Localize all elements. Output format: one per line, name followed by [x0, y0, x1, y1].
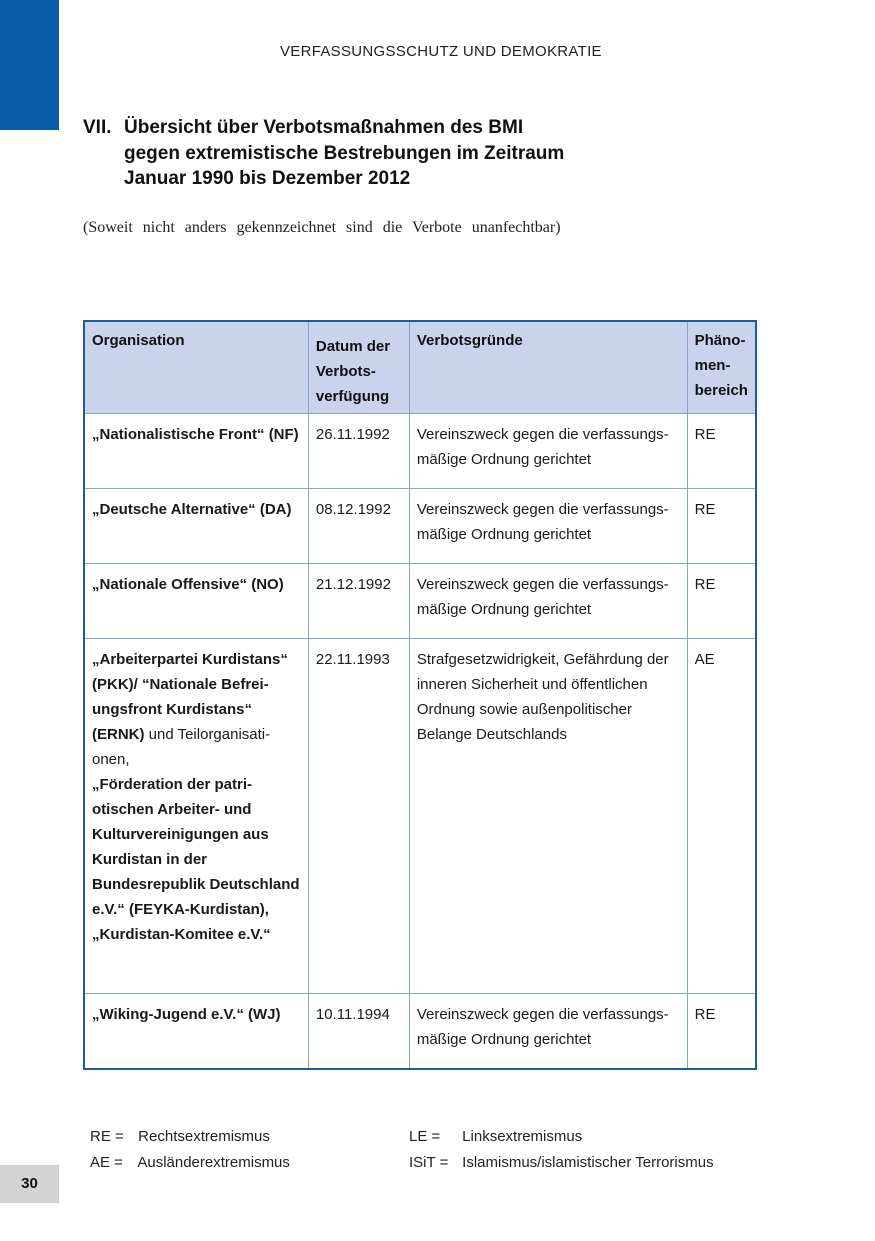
cell-organisation: „Deutsche Alternative“ (DA) [84, 489, 308, 564]
cell-area: RE [687, 994, 756, 1070]
cell-organisation: „Wiking-Jugend e.V.“ (WJ) [84, 994, 308, 1070]
table-row: „Wiking-Jugend e.V.“ (WJ) 10.11.1994 Ver… [84, 994, 756, 1070]
cell-organisation: „Nationalistische Front“ (NF) [84, 414, 308, 489]
column-header-organisation: Organisation [84, 321, 308, 414]
cell-date: 22.11.1993 [308, 639, 409, 994]
cell-date: 10.11.1994 [308, 994, 409, 1070]
legend-text: Islamismus/islamistischer Terrorismus [462, 1154, 713, 1171]
legend-right: LE = Linksextremismus ISiT = Islamismus/… [409, 1124, 714, 1176]
table-row: „Deutsche Alternative“ (DA) 08.12.1992 V… [84, 489, 756, 564]
cell-area: RE [687, 564, 756, 639]
ban-overview-table: Organisation Datum der Verbots­verfügung… [83, 320, 757, 1070]
legend-abbr: RE = [90, 1124, 134, 1150]
cell-organisation: „Arbeiterpartei Kurdistans“ (PKK)/ “Nati… [84, 639, 308, 994]
cell-area: AE [687, 639, 756, 994]
legend-text: Rechtsextremismus [138, 1128, 270, 1145]
cell-reasons: Vereinszweck gegen die verfassungs­mäßig… [409, 414, 687, 489]
org-name-part: „Förderation der patri­otischen Arbeiter… [92, 776, 300, 943]
cell-reasons: Vereinszweck gegen die verfassungs­mäßig… [409, 564, 687, 639]
section-number: VII. [83, 115, 112, 141]
section-title-line: Januar 1990 bis Dezember 2012 [124, 166, 604, 192]
legend-item: LE = Linksextremismus [409, 1124, 714, 1150]
table-row: „Nationale Offensive“ (NO) 21.12.1992 Ve… [84, 564, 756, 639]
cell-reasons: Vereinszweck gegen die verfassungs­mäßig… [409, 994, 687, 1070]
legend-item: ISiT = Islamismus/islamistischer Terrori… [409, 1150, 714, 1176]
legend-text: Ausländerextremismus [137, 1154, 290, 1171]
section-title-line: Übersicht über Verbotsmaßnahmen des BMI [124, 115, 604, 141]
table-header-row: Organisation Datum der Verbots­verfügung… [84, 321, 756, 414]
cell-area: RE [687, 489, 756, 564]
section-title-line: gegen extremistische Bestrebungen im Zei… [124, 141, 604, 167]
legend-abbr: LE = [409, 1124, 458, 1150]
brand-color-block [0, 0, 59, 130]
section-title: VII. Übersicht über Verbotsmaßnahmen des… [83, 115, 604, 192]
legend-left: RE = Rechtsextremismus AE = Ausländerext… [90, 1124, 290, 1176]
page-number: 30 [0, 1165, 59, 1203]
cell-date: 21.12.1992 [308, 564, 409, 639]
legend-item: RE = Rechtsextremismus [90, 1124, 290, 1150]
cell-organisation: „Nationale Offensive“ (NO) [84, 564, 308, 639]
column-header-area: Phäno­men­bereich [687, 321, 756, 414]
table-row: „Arbeiterpartei Kurdistans“ (PKK)/ “Nati… [84, 639, 756, 994]
legend-item: AE = Ausländerextremismus [90, 1150, 290, 1176]
cell-reasons: Strafgesetzwidrigkeit, Gefährdung der in… [409, 639, 687, 994]
intro-note: (Soweit nicht anders gekennzeichnet sind… [83, 215, 566, 240]
cell-reasons: Vereinszweck gegen die verfassungs­mäßig… [409, 489, 687, 564]
running-head: VERFASSUNGSSCHUTZ UND DEMOKRATIE [280, 43, 602, 60]
cell-area: RE [687, 414, 756, 489]
cell-date: 08.12.1992 [308, 489, 409, 564]
legend-abbr: ISiT = [409, 1150, 458, 1176]
column-header-date: Datum der Verbots­verfügung [308, 321, 409, 414]
legend-abbr: AE = [90, 1150, 134, 1176]
legend-text: Linksextremismus [462, 1128, 582, 1145]
table-row: „Nationalistische Front“ (NF) 26.11.1992… [84, 414, 756, 489]
cell-date: 26.11.1992 [308, 414, 409, 489]
column-header-reasons: Verbotsgründe [409, 321, 687, 414]
